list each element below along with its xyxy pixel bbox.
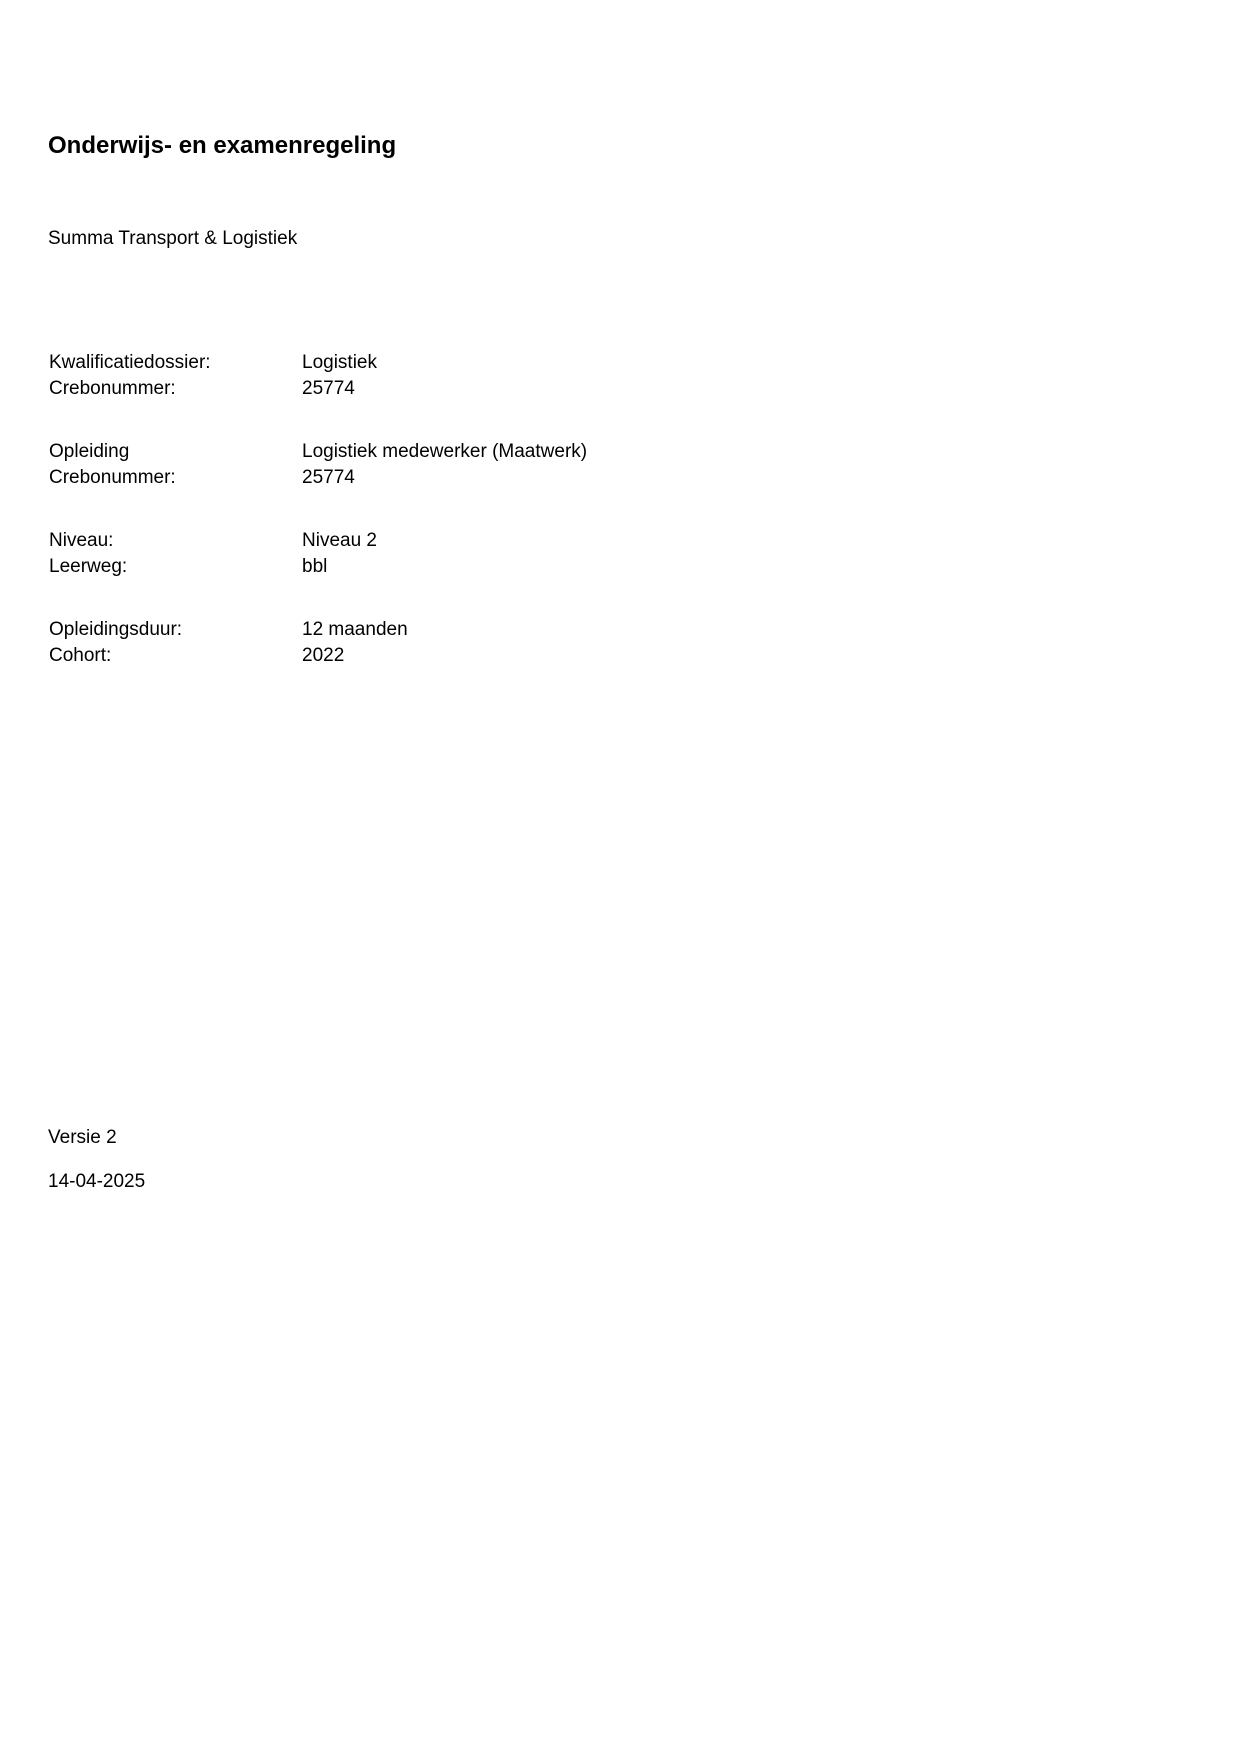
info-label: Crebonummer: bbox=[49, 376, 302, 402]
document-date: 14-04-2025 bbox=[48, 1170, 145, 1194]
info-group-kwalificatie: Kwalificatiedossier: Logistiek Crebonumm… bbox=[49, 350, 377, 402]
info-row: Leerweg: bbl bbox=[49, 554, 377, 580]
info-value: Logistiek medewerker (Maatwerk) bbox=[302, 439, 587, 465]
info-value: Logistiek bbox=[302, 350, 377, 376]
info-row: Opleiding Logistiek medewerker (Maatwerk… bbox=[49, 439, 587, 465]
info-value: bbl bbox=[302, 554, 327, 580]
document-title: Onderwijs- en examenregeling bbox=[48, 131, 396, 161]
info-label: Opleiding bbox=[49, 439, 302, 465]
info-group-niveau: Niveau: Niveau 2 Leerweg: bbl bbox=[49, 528, 377, 580]
info-row: Opleidingsduur: 12 maanden bbox=[49, 617, 408, 643]
info-value: 12 maanden bbox=[302, 617, 408, 643]
info-row: Crebonummer: 25774 bbox=[49, 465, 587, 491]
info-value: 2022 bbox=[302, 643, 344, 669]
info-group-opleiding: Opleiding Logistiek medewerker (Maatwerk… bbox=[49, 439, 587, 491]
info-label: Leerweg: bbox=[49, 554, 302, 580]
document-subtitle: Summa Transport & Logistiek bbox=[48, 227, 297, 251]
info-label: Cohort: bbox=[49, 643, 302, 669]
info-label: Niveau: bbox=[49, 528, 302, 554]
info-value: Niveau 2 bbox=[302, 528, 377, 554]
info-row: Crebonummer: 25774 bbox=[49, 376, 377, 402]
info-group-duur: Opleidingsduur: 12 maanden Cohort: 2022 bbox=[49, 617, 408, 669]
info-label: Crebonummer: bbox=[49, 465, 302, 491]
info-row: Kwalificatiedossier: Logistiek bbox=[49, 350, 377, 376]
info-label: Opleidingsduur: bbox=[49, 617, 302, 643]
info-row: Cohort: 2022 bbox=[49, 643, 408, 669]
info-value: 25774 bbox=[302, 465, 355, 491]
info-label: Kwalificatiedossier: bbox=[49, 350, 302, 376]
version-label: Versie 2 bbox=[48, 1126, 117, 1150]
info-value: 25774 bbox=[302, 376, 355, 402]
info-row: Niveau: Niveau 2 bbox=[49, 528, 377, 554]
